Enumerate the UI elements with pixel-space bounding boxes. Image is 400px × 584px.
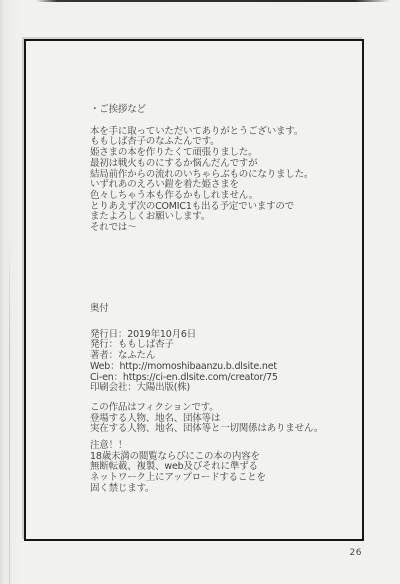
colophon-label: 印刷会社 bbox=[90, 382, 127, 393]
colophon-separator: ： bbox=[109, 350, 118, 361]
page-number: 26 bbox=[340, 548, 362, 558]
colophon-separator: ： bbox=[109, 339, 118, 350]
notice-line: 固く禁じます。 bbox=[90, 484, 266, 495]
greeting-line: 最初は戦火ものにするか悩んだんですが bbox=[90, 159, 313, 170]
scan-left-edge bbox=[0, 0, 20, 584]
colophon-value: 大陽出版(株) bbox=[137, 382, 191, 393]
copyright-notice-section: 注意！！ 18歳未満の閲覧ならびにこの本の内容を 無断転載、複製、web及びそれ… bbox=[90, 441, 266, 495]
colophon-label: 発行 bbox=[90, 339, 109, 350]
colophon-heading: 奥付 bbox=[90, 304, 278, 315]
greeting-section: ・ご挨拶など 本を手に取っていただいてありがとうございます。 ももしば杏子のなふ… bbox=[90, 105, 313, 234]
colophon-label: Web bbox=[90, 361, 110, 372]
colophon-separator: ： bbox=[127, 382, 136, 393]
scan-fold-line bbox=[9, 240, 10, 584]
greeting-line: それでは～ bbox=[90, 223, 313, 234]
disclaimer-line: 実在する人物、地名、団体等と一切関係はありません。 bbox=[90, 424, 323, 435]
greeting-heading: ・ご挨拶など bbox=[90, 105, 313, 116]
colophon-entry-printer: 印刷会社：大陽出版(株) bbox=[90, 383, 278, 394]
colophon-url: https://ci-en.dlsite.com/creator/75 bbox=[123, 372, 278, 383]
colophon-value: ももしば杏子 bbox=[118, 339, 174, 350]
scanned-doujinshi-page: { "page": { "greeting": { "title": "・ご挨拶… bbox=[0, 0, 400, 584]
colophon-separator: ： bbox=[114, 372, 123, 383]
scan-top-edge bbox=[36, 0, 390, 2]
fiction-disclaimer-section: この作品はフィクションです。 登場する人物、地名、団体等は 実在する人物、地名、… bbox=[90, 403, 323, 435]
page-border-frame: ・ご挨拶など 本を手に取っていただいてありがとうございます。 ももしば杏子のなふ… bbox=[24, 39, 364, 541]
colophon-label: 著者 bbox=[90, 350, 109, 361]
colophon-url: http://momoshibaanzu.b.dlsite.net bbox=[119, 361, 276, 372]
colophon-section: 奥付 発行日：2019年10月6日 発行：ももしば杏子 著者：なふたん Web：… bbox=[90, 304, 278, 394]
colophon-value: なふたん bbox=[118, 350, 155, 361]
colophon-label: Ci-en bbox=[90, 372, 114, 383]
